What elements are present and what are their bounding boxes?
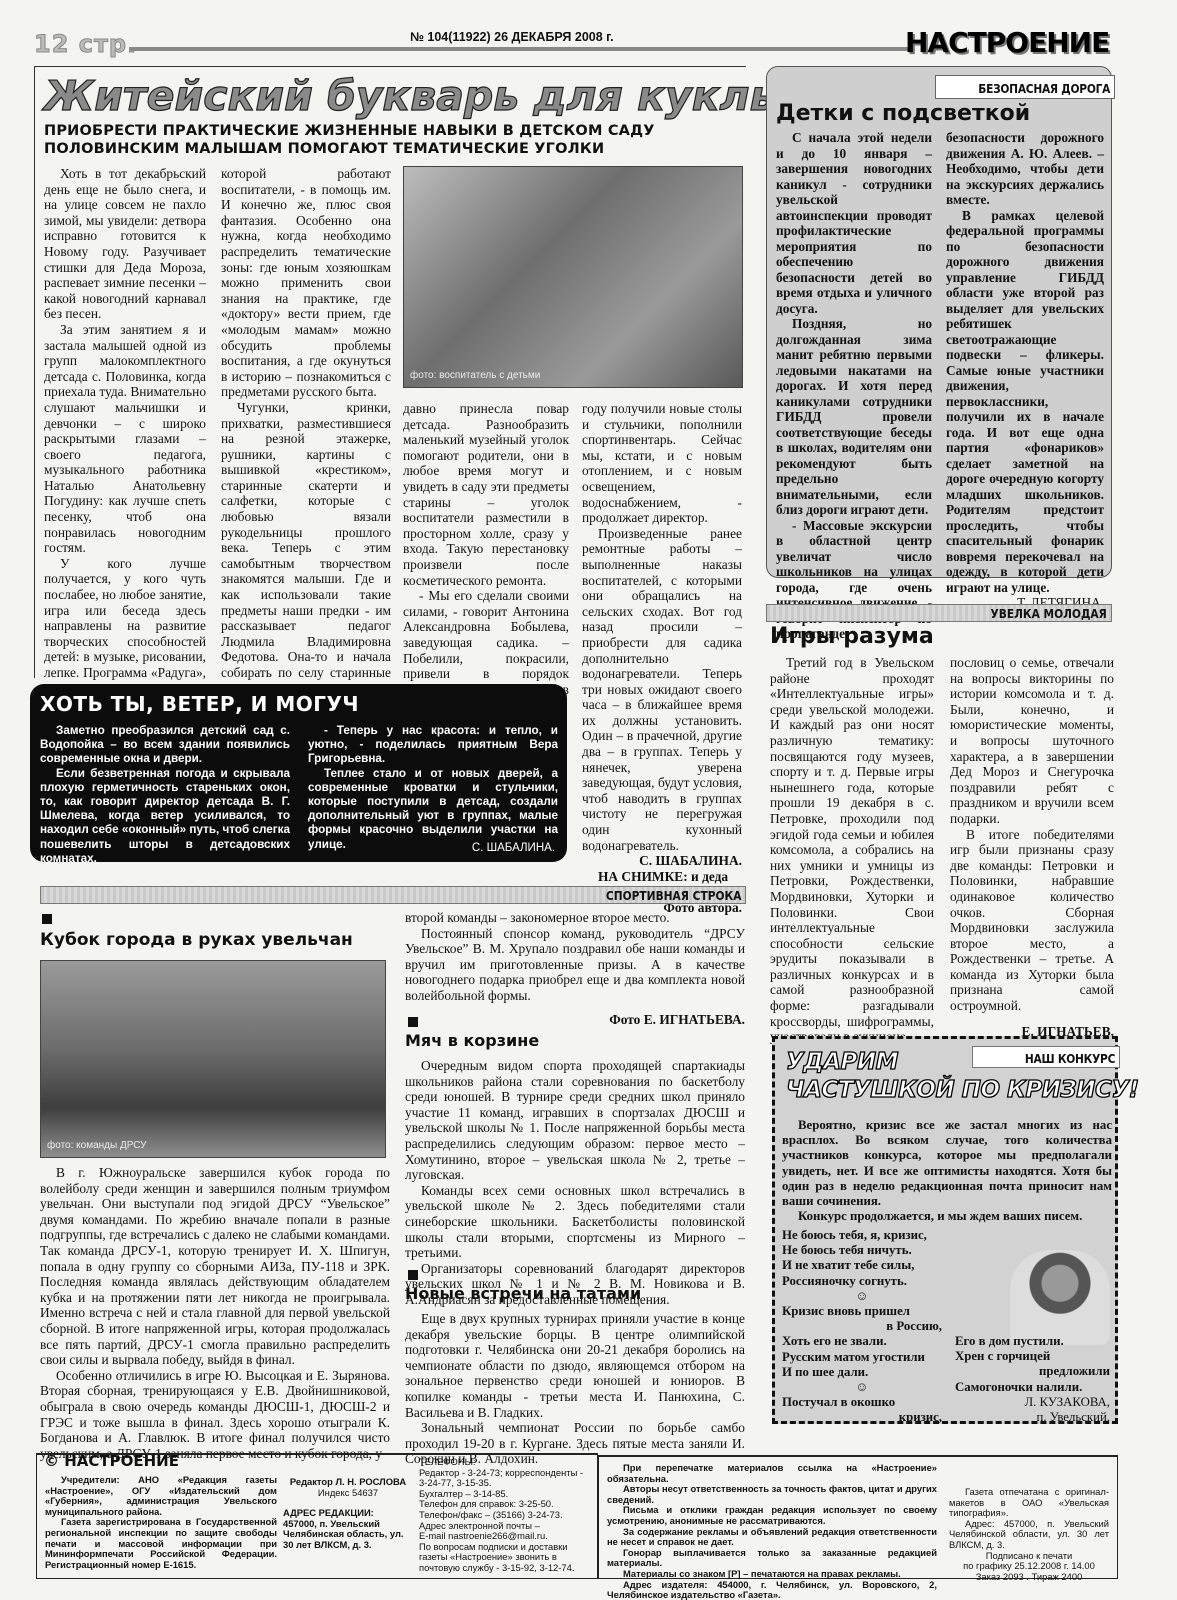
paragraph: Произведенные ранее ремонтные работы – в… bbox=[582, 526, 742, 853]
subtitle-line-2: ПОЛОВИНСКИМ МАЛЫШАМ ПОМОГАЮТ ТЕМАТИЧЕСКИ… bbox=[44, 140, 655, 158]
notice: Авторы несут ответственность за точность… bbox=[607, 1484, 937, 1505]
editor-name: Редактор Л. Н. РОСЛОВА bbox=[283, 1477, 413, 1488]
road-col-2: безопасности дорожного движения А. Ю. Ал… bbox=[946, 130, 1104, 611]
verse-line: Самогоночки налили. bbox=[955, 1380, 1110, 1395]
rubric-sports: СПОРТИВНАЯ СТРОКА bbox=[40, 886, 746, 904]
paragraph: У кого лучше получается, у кого чуть пос… bbox=[44, 556, 206, 696]
verse-line: Хрен с горчицей bbox=[955, 1349, 1110, 1364]
author-signature: С. ШАБАЛИНА. bbox=[582, 853, 742, 869]
printing-address: Адрес: 457000, п. Увельский Челябинской … bbox=[949, 1519, 1109, 1551]
smiley-icon: ☺ bbox=[782, 1380, 942, 1395]
wind-box-right-col: - Теперь у нас красота: и тепло, и уютно… bbox=[308, 724, 558, 852]
phone-line: Редактор - 3-24-73; корреспонденты - 3-2… bbox=[419, 1468, 591, 1489]
paragraph: Хоть в тот декабрьский день еще не было … bbox=[44, 166, 206, 322]
notice: Письма и отклики граждан редакция исполь… bbox=[607, 1505, 937, 1526]
rubric-label: УВЕЛКА МОЛОДАЯ bbox=[991, 605, 1107, 622]
notice: При перепечатке материалов ссылка на «На… bbox=[607, 1463, 937, 1484]
paragraph: В итоге победителями игр были признаны с… bbox=[950, 827, 1114, 1014]
editorial-address: 457000, п. Увельский Челябинская область… bbox=[283, 1519, 413, 1551]
cup-article-text: В г. Южноуральске завершился кубок город… bbox=[40, 1165, 390, 1461]
page-number: 12 стр. bbox=[34, 30, 137, 58]
smiley-icon: ☺ bbox=[782, 1289, 942, 1304]
contest-title-line-2: ЧАСТУШКОЙ ПО КРИЗИСУ! bbox=[786, 1076, 1139, 1104]
phone-line: Телефон/факс – (35166) 3-24-73. bbox=[419, 1510, 591, 1521]
paragraph: За этим занятием я и застала малышей одн… bbox=[44, 322, 206, 556]
footer-logo: © НАСТРОЕНИЕ bbox=[44, 1452, 179, 1470]
verse-line: Его в дом пустили. bbox=[955, 1334, 1110, 1349]
founders-text: Учредители: АНО «Редакция газеты «Настро… bbox=[45, 1475, 277, 1517]
bullet-square-icon bbox=[408, 1017, 418, 1027]
games-article-title: Игры разума bbox=[770, 624, 934, 649]
imprint-right: При перепечатке материалов ссылка на «На… bbox=[598, 1455, 1118, 1579]
verse-line: Хоть его не звали. bbox=[782, 1334, 942, 1349]
author-place: п. Увельский. bbox=[955, 1410, 1110, 1425]
contest-intro: Вероятно, кризис все же застал многих из… bbox=[782, 1118, 1112, 1224]
photo-placeholder-label: фото: воспитатель с детьми bbox=[410, 370, 540, 381]
verse-line: предложили bbox=[955, 1364, 1110, 1379]
bullet-square-icon bbox=[42, 914, 52, 924]
paragraph: пословиц о семье, отвечали на вопросы ви… bbox=[950, 655, 1114, 827]
paragraph: которой работают воспитатели, - в помощь… bbox=[221, 166, 391, 400]
notices-block: При перепечатке материалов ссылка на «На… bbox=[607, 1463, 937, 1600]
road-col-1: С начала этой недели и до 10 января – за… bbox=[776, 130, 932, 642]
notice: Адрес издателя: 454000, г. Челябинск, ул… bbox=[607, 1580, 937, 1600]
paragraph: В рамках целевой федеральной программы п… bbox=[946, 208, 1104, 596]
rubric-label: СПОРТИВНАЯ СТРОКА bbox=[605, 887, 741, 904]
paragraph: Поздняя, но долгожданная зима манит ребя… bbox=[776, 316, 932, 518]
paragraph: Очередным видом спорта проходящей спарта… bbox=[405, 1058, 745, 1183]
contest-title-line-1: УДАРИМ bbox=[786, 1048, 1139, 1076]
wind-sidebar-box: ХОТЬ ТЫ, ВЕТЕР, И МОГУЧ Заметно преобраз… bbox=[30, 684, 567, 862]
tatami-article-title: Новые встречи на татами bbox=[405, 1284, 641, 1303]
basketball-article-title: Мяч в корзине bbox=[405, 1031, 539, 1050]
verse-line: И не хватит тебе силы, bbox=[782, 1258, 942, 1273]
paragraph: Еще в двух крупных турнирах приняли учас… bbox=[405, 1311, 745, 1420]
paragraph: - Теперь у нас красота: и тепло, и уютно… bbox=[308, 724, 558, 767]
paragraph: Особенно отличились в игре Ю. Высоцкая и… bbox=[40, 1368, 390, 1462]
paragraph: Чугунки, кринки, прихватки, разместившие… bbox=[221, 400, 391, 727]
tatami-article-text: Еще в двух крупных турнирах приняли учас… bbox=[405, 1311, 745, 1467]
verse-line: Русским матом угостили bbox=[782, 1350, 942, 1365]
paragraph: Если безветренная погода и скрывала плох… bbox=[40, 767, 290, 866]
paragraph: году получили новые столы и стульчики, п… bbox=[582, 401, 742, 526]
verse-right: Его в дом пустили. Хрен с горчицей предл… bbox=[955, 1334, 1110, 1425]
paragraph: - Массовые экскурсии в областной центр у… bbox=[776, 518, 932, 642]
order-circulation: Заказ 2093 . Тираж 2400 bbox=[949, 1572, 1109, 1583]
notice: Материалы со знаком [Р] – печатаются на … bbox=[607, 1569, 937, 1580]
verse-line: И по шее дали. bbox=[782, 1365, 942, 1380]
paragraph: Теплее стало и от новых дверей, а соврем… bbox=[308, 767, 558, 852]
paragraph: Вероятно, кризис все же застал многих из… bbox=[782, 1118, 1112, 1209]
paragraph: Третий год в Увельском районе проходят «… bbox=[770, 655, 934, 1045]
accordion-player-illustration bbox=[1010, 1250, 1110, 1345]
verse-line: кризис, bbox=[782, 1410, 942, 1425]
rubric-uvelka: УВЕЛКА МОЛОДАЯ bbox=[766, 604, 1112, 622]
rubric-label: БЕЗОПАСНАЯ ДОРОГА bbox=[978, 81, 1110, 96]
wind-box-title: ХОТЬ ТЫ, ВЕТЕР, И МОГУЧ bbox=[40, 692, 557, 716]
masthead: НАСТРОЕНИЕ bbox=[905, 26, 1109, 59]
paragraph: второй команды – закономерное второе мес… bbox=[405, 910, 745, 926]
verse-line: Россияночку согнуть. bbox=[782, 1274, 942, 1289]
main-article-col-2: которой работают воспитатели, - в помощь… bbox=[221, 166, 391, 727]
contest-title: УДАРИМ ЧАСТУШКОЙ ПО КРИЗИСУ! bbox=[786, 1048, 1139, 1104]
phones-block: ТЕЛЕФОНЫ: Редактор - 3-24-73; корреспонд… bbox=[419, 1457, 591, 1574]
main-article-col-3: давно принесла повар детсада. Разнообраз… bbox=[403, 401, 569, 713]
printing-text: Газета отпечатана с оригинал-макетов в О… bbox=[949, 1487, 1109, 1519]
verse-line: в Россию, bbox=[782, 1319, 942, 1334]
volleyball-team-photo: фото: команды ДРСУ bbox=[40, 960, 386, 1158]
kindergarten-photo: фото: воспитатель с детьми bbox=[403, 166, 743, 388]
paragraph: Постоянный спонсор команд, руководитель … bbox=[405, 926, 745, 1004]
verse-line: Не боюсь тебя ничуть. bbox=[782, 1243, 942, 1258]
paragraph: В г. Южноуральске завершился кубок город… bbox=[40, 1165, 390, 1368]
author-signature: С. ШАБАЛИНА. bbox=[472, 842, 555, 854]
notice: Гонорар выплачивается только за заказанн… bbox=[607, 1548, 937, 1569]
cup-article-continued: второй команды – закономерное второе мес… bbox=[405, 910, 745, 1027]
registration-text: Газета зарегистрирована в Государственно… bbox=[45, 1517, 277, 1570]
author-signature: Л. КУЗАКОВА, bbox=[955, 1395, 1110, 1410]
basketball-article-text: Очередным видом спорта проходящей спарта… bbox=[405, 1058, 745, 1308]
paragraph: Конкурс продолжается, и мы ждем ваших пи… bbox=[782, 1209, 1112, 1224]
verse-line: Постучал в окошко bbox=[782, 1395, 942, 1410]
verse-line: Кризис вновь пришел bbox=[782, 1304, 942, 1319]
photo-credit: Фото Е. ИГНАТЬЕВА. bbox=[405, 1012, 745, 1028]
games-col-1: Третий год в Увельском районе проходят «… bbox=[770, 655, 934, 1045]
road-article-title: Детки с подсветкой bbox=[776, 101, 1030, 126]
editor-block: Редактор Л. Н. РОСЛОВА Индекс 54637 АДРЕ… bbox=[283, 1477, 413, 1551]
bullet-square-icon bbox=[408, 1270, 418, 1280]
rubric-safe-road: БЕЗОПАСНАЯ ДОРОГА bbox=[935, 75, 1115, 99]
paragraph: Команды всех семи основных школ встречал… bbox=[405, 1183, 745, 1261]
subscription-index: Индекс 54637 bbox=[283, 1488, 413, 1499]
main-article-subtitle: ПРИОБРЕСТИ ПРАКТИЧЕСКИЕ ЖИЗНЕННЫЕ НАВЫКИ… bbox=[44, 122, 655, 158]
printing-block: Газета отпечатана с оригинал-макетов в О… bbox=[949, 1487, 1109, 1582]
subtitle-line-1: ПРИОБРЕСТИ ПРАКТИЧЕСКИЕ ЖИЗНЕННЫЕ НАВЫКИ… bbox=[44, 122, 655, 140]
phones-label: ТЕЛЕФОНЫ: bbox=[419, 1457, 591, 1468]
imprint-left: Учредители: АНО «Редакция газеты «Настро… bbox=[36, 1453, 598, 1579]
photo-placeholder-label: фото: команды ДРСУ bbox=[47, 1140, 147, 1151]
header-rule bbox=[130, 47, 910, 51]
verse-line: Не боюсь тебя, я, кризис, bbox=[782, 1228, 942, 1243]
paragraph: С начала этой недели и до 10 января – за… bbox=[776, 130, 932, 316]
paragraph: Заметно преобразился детский сад с. Водо… bbox=[40, 724, 290, 767]
cup-article-title: Кубок города в руках увельчан bbox=[40, 930, 353, 950]
games-col-2: пословиц о семье, отвечали на вопросы ви… bbox=[950, 655, 1114, 1039]
paragraph: безопасности дорожного движения А. Ю. Ал… bbox=[946, 130, 1104, 208]
verse-left: Не боюсь тебя, я, кризис, Не боюсь тебя … bbox=[782, 1228, 942, 1426]
founders-block: Учредители: АНО «Редакция газеты «Настро… bbox=[45, 1475, 277, 1570]
main-article-col-4: году получили новые столы и стульчики, п… bbox=[582, 401, 742, 916]
paragraph: давно принесла повар детсада. Разнообраз… bbox=[403, 401, 569, 588]
wind-box-left-col: Заметно преобразился детский сад с. Водо… bbox=[40, 724, 290, 866]
issue-info: № 104(11922) 26 ДЕКАБРЯ 2008 г. bbox=[410, 30, 614, 44]
notice: За содержание рекламы и объявлений редак… bbox=[607, 1527, 937, 1548]
main-article-col-1: Хоть в тот декабрьский день еще не было … bbox=[44, 166, 206, 696]
phone-line: По вопросам подписки и доставки газеты «… bbox=[419, 1542, 591, 1574]
